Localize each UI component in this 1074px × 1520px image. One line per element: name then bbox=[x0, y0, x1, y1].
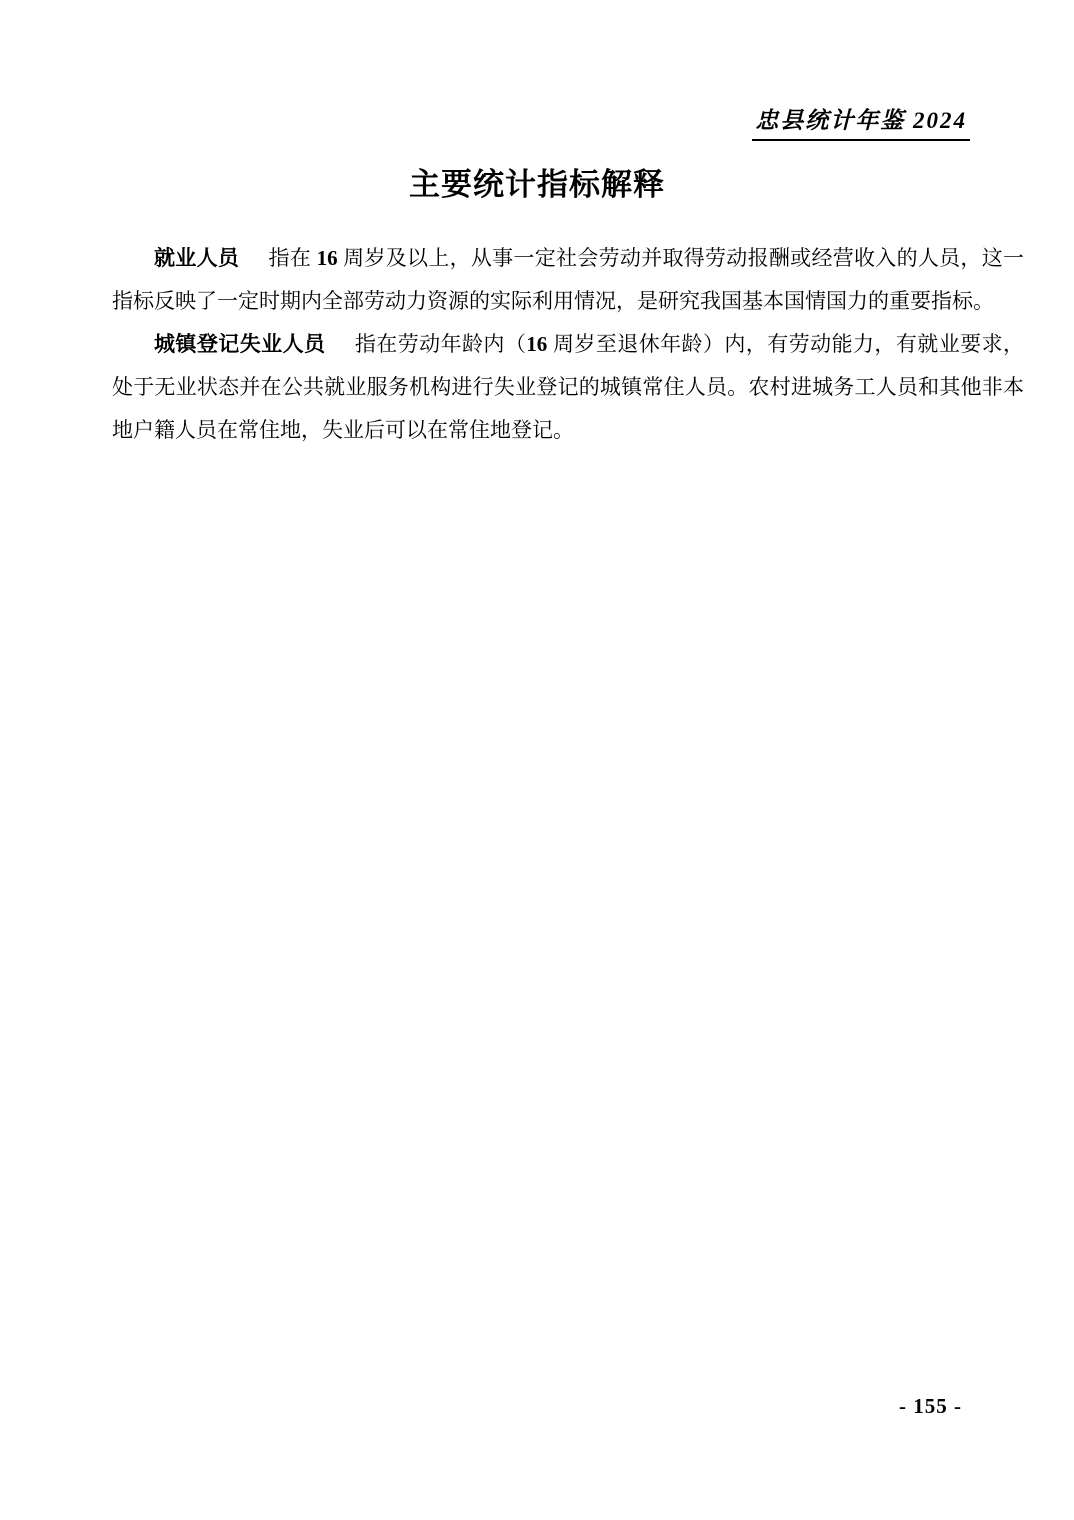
document-page: 忠县统计年鉴 2024 主要统计指标解释 就业人员指在 16 周岁及以上，从事一… bbox=[0, 0, 1074, 1520]
definition-paragraph-employed-persons: 就业人员指在 16 周岁及以上，从事一定社会劳动并取得劳动报酬或经营收入的人员，… bbox=[112, 237, 1024, 323]
page-title: 主要统计指标解释 bbox=[0, 159, 1074, 204]
term-label: 就业人员 bbox=[154, 247, 239, 270]
definition-text: 周岁及以上，从事一定社会劳动并取得劳动报酬或经营收入的人员，这一指标反映了一定时… bbox=[112, 246, 1024, 313]
definition-text: 指在 bbox=[269, 246, 317, 270]
definition-number: 16 bbox=[526, 332, 547, 356]
page-number: - 155 - bbox=[899, 1394, 962, 1419]
term-label: 城镇登记失业人员 bbox=[154, 333, 325, 356]
definition-number: 16 bbox=[317, 246, 338, 270]
yearbook-header-title: 忠县统计年鉴 2024 bbox=[752, 102, 970, 141]
definition-paragraph-registered-unemployed: 城镇登记失业人员指在劳动年龄内（16 周岁至退休年龄）内，有劳动能力，有就业要求… bbox=[112, 323, 1024, 452]
definition-text: 指在劳动年龄内（ bbox=[355, 332, 526, 356]
definitions-section: 就业人员指在 16 周岁及以上，从事一定社会劳动并取得劳动报酬或经营收入的人员，… bbox=[112, 237, 1024, 452]
